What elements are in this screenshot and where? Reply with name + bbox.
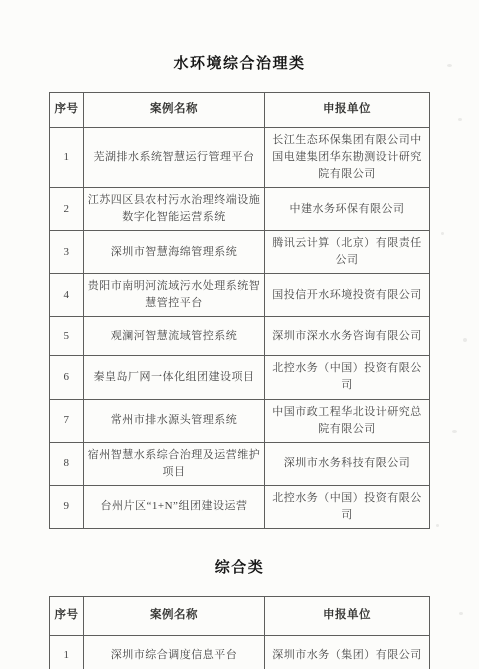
column-header-no: 序号 xyxy=(50,596,84,635)
case-number: 4 xyxy=(50,274,84,317)
case-unit: 中国市政工程华北设计研究总院有限公司 xyxy=(265,399,430,442)
scanned-document-page: 水环境综合治理类 序号 案例名称 申报单位 1芜湖排水系统智慧运行管理平台长江生… xyxy=(0,0,479,669)
case-number: 6 xyxy=(50,356,84,399)
case-name: 深圳市智慧海绵管理系统 xyxy=(84,231,265,274)
cases-table: 序号 案例名称 申报单位 1芜湖排水系统智慧运行管理平台长江生态环保集团有限公司… xyxy=(49,92,430,529)
table-row: 1芜湖排水系统智慧运行管理平台长江生态环保集团有限公司中国电建集团华东勘测设计研… xyxy=(50,128,430,188)
case-number: 2 xyxy=(50,188,84,231)
table-header-row: 序号 案例名称 申报单位 xyxy=(50,93,430,128)
case-unit: 北控水务（中国）投资有限公司 xyxy=(265,485,430,528)
case-name: 宿州智慧水系综合治理及运营维护项目 xyxy=(84,442,265,485)
case-name: 深圳市综合调度信息平台 xyxy=(84,635,265,669)
case-name: 观澜河智慧流域管控系统 xyxy=(84,317,265,356)
section-title: 水环境综合治理类 xyxy=(0,52,479,73)
column-header-unit: 申报单位 xyxy=(265,93,430,128)
case-number: 1 xyxy=(50,635,84,669)
cases-table: 序号 案例名称 申报单位 1深圳市综合调度信息平台深圳市水务（集团）有限公司 xyxy=(49,596,430,669)
section-title: 综合类 xyxy=(0,556,479,577)
table-row: 9台州片区“1+N”组团建设运营北控水务（中国）投资有限公司 xyxy=(50,485,430,528)
table-row: 5观澜河智慧流域管控系统深圳市深水水务咨询有限公司 xyxy=(50,317,430,356)
case-number: 7 xyxy=(50,399,84,442)
table-row: 7常州市排水源头管理系统中国市政工程华北设计研究总院有限公司 xyxy=(50,399,430,442)
table-row: 1深圳市综合调度信息平台深圳市水务（集团）有限公司 xyxy=(50,635,430,669)
case-name: 常州市排水源头管理系统 xyxy=(84,399,265,442)
case-number: 8 xyxy=(50,442,84,485)
case-name: 江苏四区县农村污水治理终端设施数字化智能运营系统 xyxy=(84,188,265,231)
case-unit: 国投信开水环境投资有限公司 xyxy=(265,274,430,317)
column-header-name: 案例名称 xyxy=(84,596,265,635)
table-body: 1芜湖排水系统智慧运行管理平台长江生态环保集团有限公司中国电建集团华东勘测设计研… xyxy=(50,128,430,529)
case-unit: 深圳市水务科技有限公司 xyxy=(265,442,430,485)
section-water-environment-treatment: 水环境综合治理类 序号 案例名称 申报单位 1芜湖排水系统智慧运行管理平台长江生… xyxy=(0,52,479,529)
section-comprehensive: 综合类 序号 案例名称 申报单位 1深圳市综合调度信息平台深圳市水务（集团）有限… xyxy=(0,556,479,669)
column-header-no: 序号 xyxy=(50,93,84,128)
case-unit: 深圳市水务（集团）有限公司 xyxy=(265,635,430,669)
case-unit: 深圳市深水水务咨询有限公司 xyxy=(265,317,430,356)
case-number: 3 xyxy=(50,231,84,274)
column-header-unit: 申报单位 xyxy=(265,596,430,635)
case-unit: 腾讯云计算（北京）有限责任公司 xyxy=(265,231,430,274)
case-name: 台州片区“1+N”组团建设运营 xyxy=(84,485,265,528)
case-number: 5 xyxy=(50,317,84,356)
case-number: 1 xyxy=(50,128,84,188)
case-unit: 长江生态环保集团有限公司中国电建集团华东勘测设计研究院有限公司 xyxy=(265,128,430,188)
case-number: 9 xyxy=(50,485,84,528)
column-header-name: 案例名称 xyxy=(84,93,265,128)
case-unit: 中建水务环保有限公司 xyxy=(265,188,430,231)
case-unit: 北控水务（中国）投资有限公司 xyxy=(265,356,430,399)
table-row: 8宿州智慧水系综合治理及运营维护项目深圳市水务科技有限公司 xyxy=(50,442,430,485)
table-row: 2江苏四区县农村污水治理终端设施数字化智能运营系统中建水务环保有限公司 xyxy=(50,188,430,231)
table-body: 1深圳市综合调度信息平台深圳市水务（集团）有限公司 xyxy=(50,635,430,669)
table-row: 4贵阳市南明河流域污水处理系统智慧管控平台国投信开水环境投资有限公司 xyxy=(50,274,430,317)
case-name: 贵阳市南明河流域污水处理系统智慧管控平台 xyxy=(84,274,265,317)
table-header-row: 序号 案例名称 申报单位 xyxy=(50,596,430,635)
case-name: 芜湖排水系统智慧运行管理平台 xyxy=(84,128,265,188)
case-name: 秦皇岛厂网一体化组团建设项目 xyxy=(84,356,265,399)
table-row: 3深圳市智慧海绵管理系统腾讯云计算（北京）有限责任公司 xyxy=(50,231,430,274)
table-row: 6秦皇岛厂网一体化组团建设项目北控水务（中国）投资有限公司 xyxy=(50,356,430,399)
